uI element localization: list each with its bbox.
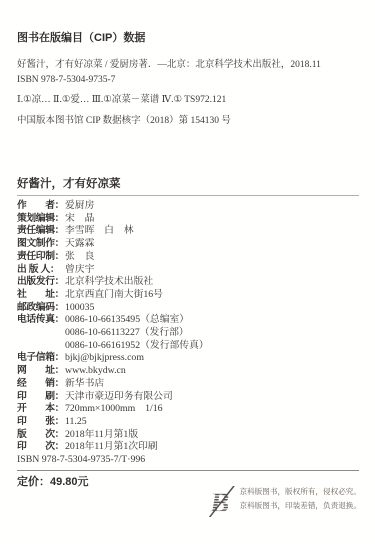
price-divider bbox=[17, 470, 359, 471]
row-value: 0086-10-66135495（总编室） bbox=[65, 314, 189, 327]
row-label: 责任印制： bbox=[17, 251, 65, 264]
colophon-row: 电子信箱：bjkj@bjkjpress.com bbox=[17, 352, 359, 365]
colophon-row: 0086-10-66113227（发行部） bbox=[17, 327, 359, 340]
row-label: 电话传真： bbox=[17, 314, 65, 327]
colophon-row: 出 版 人：曾庆宇 bbox=[17, 264, 359, 277]
colophon-row: 电话传真：0086-10-66135495（总编室） bbox=[17, 314, 359, 327]
row-value: 宋 晶 bbox=[65, 213, 94, 226]
row-label: 开 本： bbox=[17, 403, 65, 416]
colophon-row: 作 者：爱厨房 bbox=[17, 200, 359, 213]
colophon-row: 版 次：2018年11月第1版 bbox=[17, 429, 359, 442]
colophon-row: 责任印制：张 良 bbox=[17, 251, 359, 264]
row-label: 印 次： bbox=[17, 441, 65, 454]
copyright-notices: 京科版图书，版权所有，侵权必究。 京科版图书，印装差错，负责退换。 bbox=[240, 485, 362, 513]
colophon-row: 图文制作：天露霖 bbox=[17, 238, 359, 251]
publisher-notice: B 京科版图书，版权所有，侵权必究。 京科版图书，印装差错，负责退换。 bbox=[206, 484, 362, 517]
cip-description: 好酱汁，才有好凉菜 / 爱厨房著．—北京：北京科学技术出版社，2018.11 I… bbox=[17, 58, 359, 87]
row-value: 曾庆宇 bbox=[65, 264, 94, 277]
row-value: 北京西直门南大街16号 bbox=[65, 289, 163, 302]
row-label: 邮政编码： bbox=[17, 302, 65, 315]
colophon-row: 邮政编码：100035 bbox=[17, 302, 359, 315]
colophon-row: 开 本：720mm×1000mm 1/16 bbox=[17, 403, 359, 416]
row-value: 天津市豪迈印务有限公司 bbox=[65, 391, 173, 404]
row-value: www.bkydw.cn bbox=[65, 365, 126, 378]
row-value: 天露霖 bbox=[65, 238, 94, 251]
colophon-row: 印 刷：天津市豪迈印务有限公司 bbox=[17, 391, 359, 404]
row-value: 720mm×1000mm 1/16 bbox=[65, 403, 163, 416]
row-label: 网 址： bbox=[17, 365, 65, 378]
cip-heading: 图书在版编目（CIP）数据 bbox=[17, 31, 359, 46]
svg-text:B: B bbox=[209, 487, 229, 517]
row-value: 100035 bbox=[65, 302, 94, 315]
row-value: 0086-10-66161952（发行部传真） bbox=[65, 340, 209, 353]
colophon-row: 经 销：新华书店 bbox=[17, 378, 359, 391]
row-value: 新华书店 bbox=[65, 378, 104, 391]
cip-isbn-line: ISBN 978-7-5304-9735-7 bbox=[17, 73, 359, 88]
row-value: 爱厨房 bbox=[65, 200, 94, 213]
colophon-row: 社 址：北京西直门南大街16号 bbox=[17, 289, 359, 302]
colophon-rows: 作 者：爱厨房策划编辑：宋 晶责任编辑：李雪晖 白 林图文制作：天露霖责任印制：… bbox=[17, 200, 359, 467]
colophon-row: 网 址：www.bkydw.cn bbox=[17, 365, 359, 378]
row-label: 出版发行： bbox=[17, 276, 65, 289]
row-value: 2018年11月第1次印刷 bbox=[65, 441, 158, 454]
row-label: 图文制作： bbox=[17, 238, 65, 251]
colophon-row: 0086-10-66161952（发行部传真） bbox=[17, 340, 359, 353]
row-value: 李雪晖 白 林 bbox=[65, 225, 134, 238]
row-value: ISBN 978-7-5304-9735-7/T·996 bbox=[17, 454, 145, 467]
colophon-row: 印 次：2018年11月第1次印刷 bbox=[17, 441, 359, 454]
row-indent bbox=[17, 340, 65, 353]
copyright-notice-line-1: 京科版图书，版权所有，侵权必究。 bbox=[240, 485, 362, 499]
book-title: 好酱汁，才有好凉菜 bbox=[17, 177, 359, 196]
row-label: 印 刷： bbox=[17, 391, 65, 404]
row-label: 策划编辑： bbox=[17, 213, 65, 226]
row-label: 社 址： bbox=[17, 289, 65, 302]
page-content: 图书在版编目（CIP）数据 好酱汁，才有好凉菜 / 爱厨房著．—北京：北京科学技… bbox=[0, 31, 375, 489]
row-label: 责任编辑： bbox=[17, 225, 65, 238]
row-label: 经 销： bbox=[17, 378, 65, 391]
row-label: 印 张： bbox=[17, 416, 65, 429]
row-label: 版 次： bbox=[17, 429, 65, 442]
row-value: 张 良 bbox=[65, 251, 94, 264]
row-value: 0086-10-66113227（发行部） bbox=[65, 327, 189, 340]
row-label: 出 版 人： bbox=[17, 264, 65, 277]
row-value: 北京科学技术出版社 bbox=[65, 276, 153, 289]
colophon-row: 印 张：11.25 bbox=[17, 416, 359, 429]
colophon-row: ISBN 978-7-5304-9735-7/T·996 bbox=[17, 454, 359, 467]
colophon-row: 出版发行：北京科学技术出版社 bbox=[17, 276, 359, 289]
cip-record-number: 中国版本图书馆 CIP 数据核字（2018）第 154130 号 bbox=[17, 114, 359, 128]
copyright-page: 图书在版编目（CIP）数据 好酱汁，才有好凉菜 / 爱厨房著．—北京：北京科学技… bbox=[0, 0, 375, 544]
colophon-row: 责任编辑：李雪晖 白 林 bbox=[17, 225, 359, 238]
colophon-row: 策划编辑：宋 晶 bbox=[17, 213, 359, 226]
row-value: 11.25 bbox=[65, 416, 87, 429]
row-indent bbox=[17, 327, 65, 340]
copyright-notice-line-2: 京科版图书，印装差错，负责退换。 bbox=[240, 499, 362, 513]
row-label: 作 者： bbox=[17, 200, 65, 213]
row-value: bjkj@bjkjpress.com bbox=[65, 352, 144, 365]
publisher-logo-icon: B bbox=[206, 486, 238, 517]
cip-description-line: 好酱汁，才有好凉菜 / 爱厨房著．—北京：北京科学技术出版社，2018.11 bbox=[17, 58, 359, 73]
cip-classification: Ⅰ.①凉… Ⅱ.①爱… Ⅲ.①凉菜－菜谱 Ⅳ.① TS972.121 bbox=[17, 93, 359, 107]
row-label: 电子信箱： bbox=[17, 352, 65, 365]
row-value: 2018年11月第1版 bbox=[65, 429, 138, 442]
